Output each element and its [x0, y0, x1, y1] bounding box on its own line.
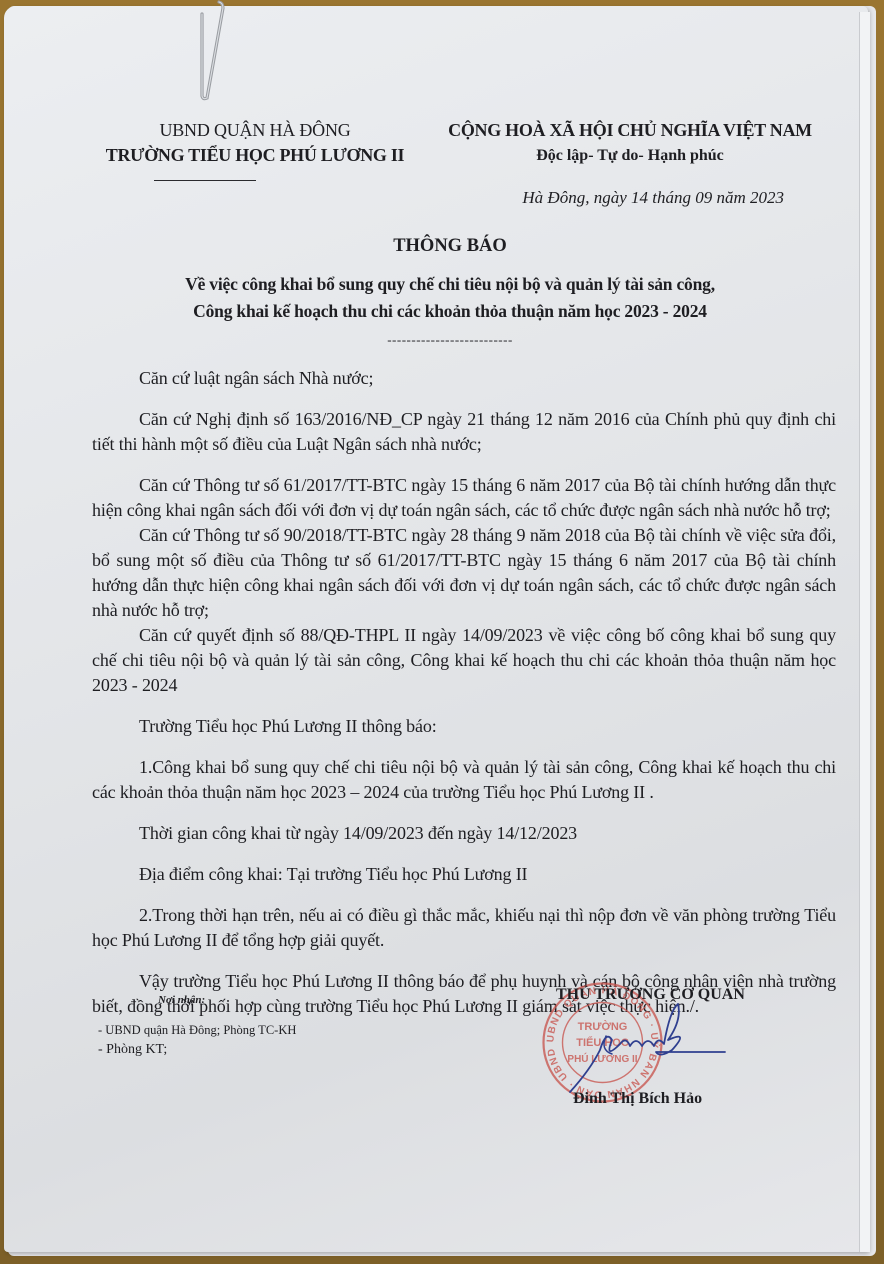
issuing-authority: UBND QUẬN HÀ ĐÔNG [100, 120, 410, 141]
place-and-date: Hà Đông, ngày 14 tháng 09 năm 2023 [440, 188, 784, 208]
title-separator: -------------------------- [80, 332, 820, 348]
body-paragraph-legal-basis-2: Căn cứ Nghị định số 163/2016/NĐ_CP ngày … [92, 407, 836, 457]
notice-document: UBND QUẬN HÀ ĐÔNG TRƯỜNG TIỂU HỌC PHÚ LƯ… [0, 0, 884, 1264]
national-motto: Độc lập- Tự do- Hạnh phúc [420, 147, 840, 165]
document-subtitle-line-2: Công khai kế hoạch thu chi các khoản thỏ… [80, 301, 820, 322]
body-paragraph-period: Thời gian công khai từ ngày 14/09/2023 đ… [92, 821, 836, 846]
body-paragraph-legal-basis-3: Căn cứ Thông tư số 61/2017/TT-BTC ngày 1… [92, 473, 836, 523]
document-subtitle-line-1: Về việc công khai bổ sung quy chế chi ti… [80, 274, 820, 295]
recipients-label: Nơi nhận: [158, 994, 205, 1006]
body-paragraph-item-1: 1.Công khai bổ sung quy chế chi tiêu nội… [92, 755, 836, 805]
header-underline [154, 180, 256, 181]
body-paragraph-item-2: 2.Trong thời hạn trên, nếu ai có điều gì… [92, 903, 836, 953]
body-paragraph-location: Địa điểm công khai: Tại trường Tiểu học … [92, 862, 836, 887]
body-paragraph-announcement: Trường Tiểu học Phú Lương II thông báo: [92, 714, 836, 739]
body-paragraph-legal-basis-4: Căn cứ Thông tư số 90/2018/TT-BTC ngày 2… [92, 523, 836, 623]
document-title: THÔNG BÁO [80, 236, 820, 257]
recipient-item: - Phòng KT; [98, 1042, 167, 1058]
recipient-item: - UBND quận Hà Đông; Phòng TC-KH [98, 1023, 296, 1038]
handwritten-signature-icon [560, 1000, 730, 1095]
body-paragraph-legal-basis-1: Căn cứ luật ngân sách Nhà nước; [92, 366, 836, 391]
body-paragraph-legal-basis-5: Căn cứ quyết định số 88/QĐ-THPL II ngày … [92, 623, 836, 698]
school-name: TRƯỜNG TIỂU HỌC PHÚ LƯƠNG II [100, 145, 410, 166]
document-body: Căn cứ luật ngân sách Nhà nước; Căn cứ N… [92, 366, 836, 1019]
national-title: CỘNG HOÀ XÃ HỘI CHỦ NGHĨA VIỆT NAM [420, 120, 840, 141]
